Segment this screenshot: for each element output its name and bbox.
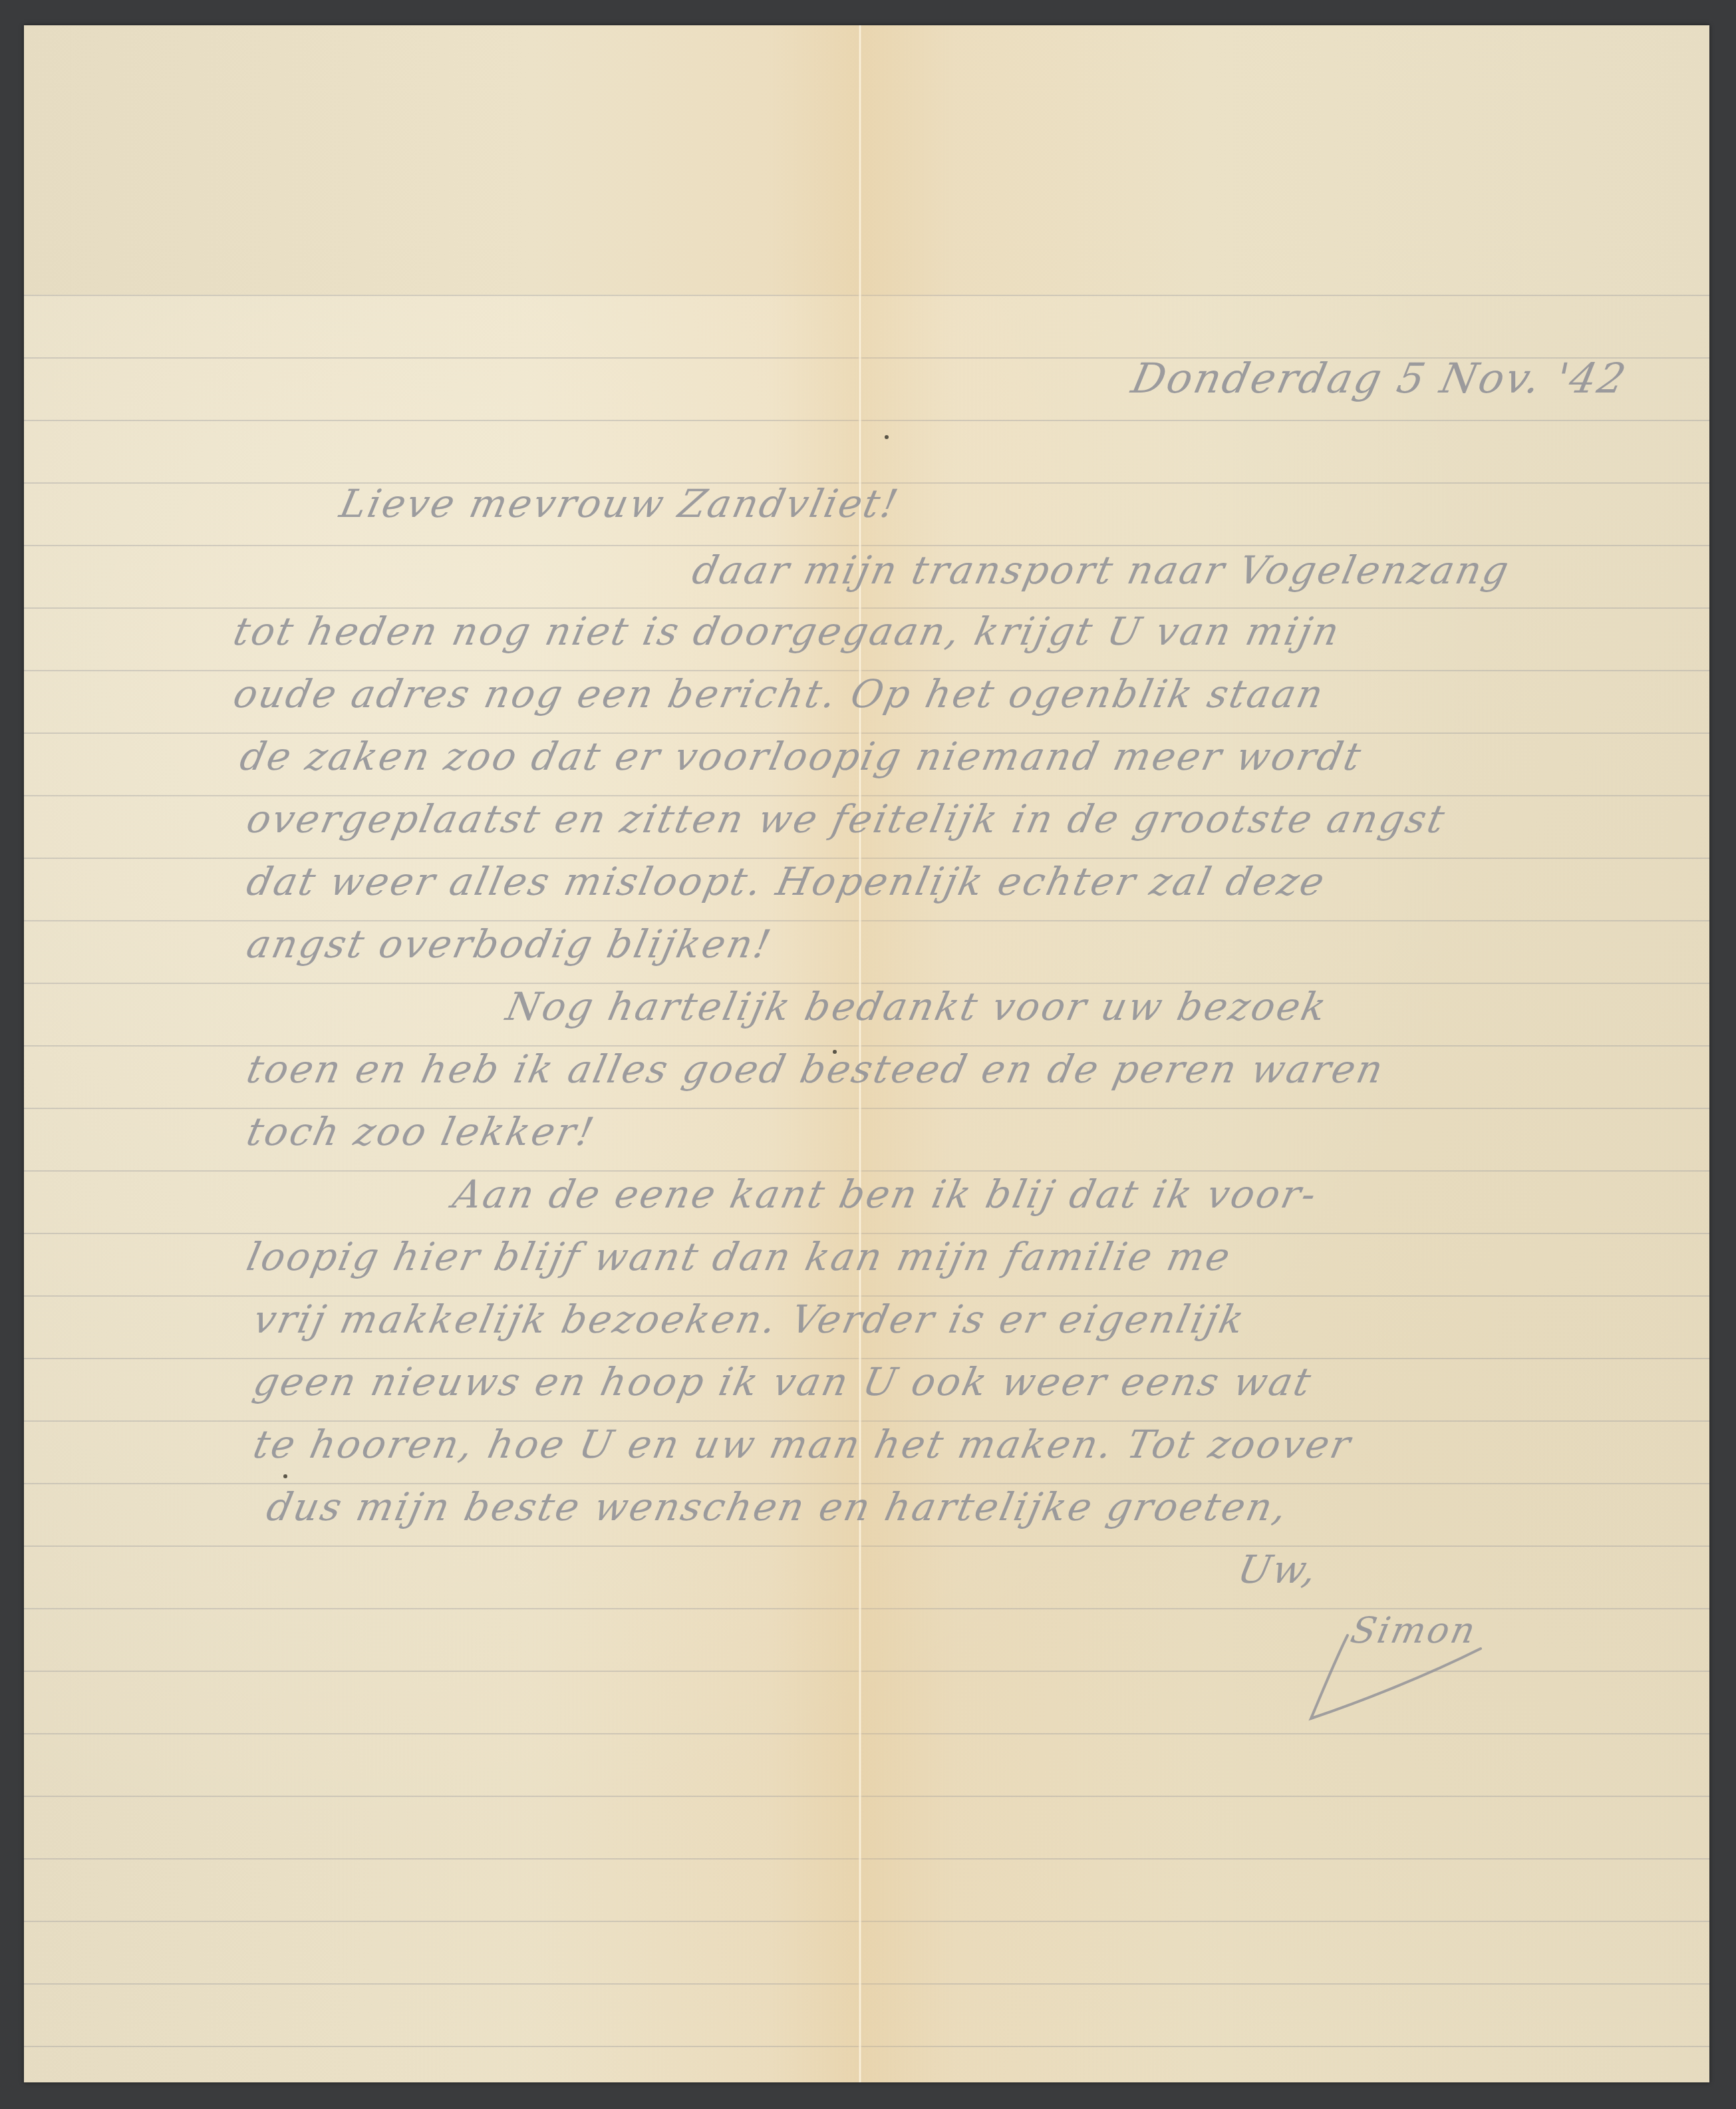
letter-line: tot heden nog niet is doorgegaan, krijgt… — [230, 612, 1344, 651]
signature-flourish-icon — [1308, 1629, 1534, 1722]
letter-closing: Uw, — [1234, 1550, 1322, 1589]
letter-salutation: Lieve mevrouw Zandvliet! — [337, 484, 903, 523]
letter-line: daar mijn transport naar Vogelenzang — [689, 551, 1514, 589]
letter-line: angst overbodig blijken! — [243, 925, 776, 963]
paper-speck — [885, 435, 889, 439]
letter-line: overgeplaatst en zitten we feitelijk in … — [243, 800, 1449, 838]
letter-line: dat weer alles misloopt. Hopenlijk echte… — [243, 862, 1330, 901]
letter-line: dus mijn beste wenschen en hartelijke gr… — [263, 1488, 1292, 1526]
paper-speck — [833, 1050, 837, 1054]
letter-line: de zaken zoo dat er voorloopig niemand m… — [237, 737, 1366, 776]
letter-line: loopig hier blijf want dan kan mijn fami… — [243, 1237, 1235, 1276]
letter-line: Nog hartelijk bedankt voor uw bezoek — [503, 987, 1332, 1026]
letter-line: geen nieuws en hoop ik van U ook weer ee… — [250, 1363, 1316, 1401]
letter-line: te hooren, hoe U en uw man het maken. To… — [250, 1425, 1356, 1464]
letter-line: toch zoo lekker! — [243, 1112, 599, 1151]
paper-speck — [283, 1474, 287, 1478]
letter-date: Donderdag 5 Nov. '42 — [1128, 358, 1631, 399]
letter-line: oude adres nog een bericht. Op het ogenb… — [230, 675, 1328, 713]
letter-line: vrij makkelijk bezoeken. Verder is er ei… — [250, 1300, 1249, 1339]
letter-line: toen en heb ik alles goed besteed en de … — [243, 1050, 1388, 1088]
letter-paper: Donderdag 5 Nov. '42 Lieve mevrouw Zandv… — [24, 25, 1709, 2082]
letter-line: Aan de eene kant ben ik blij dat ik voor… — [450, 1175, 1322, 1214]
